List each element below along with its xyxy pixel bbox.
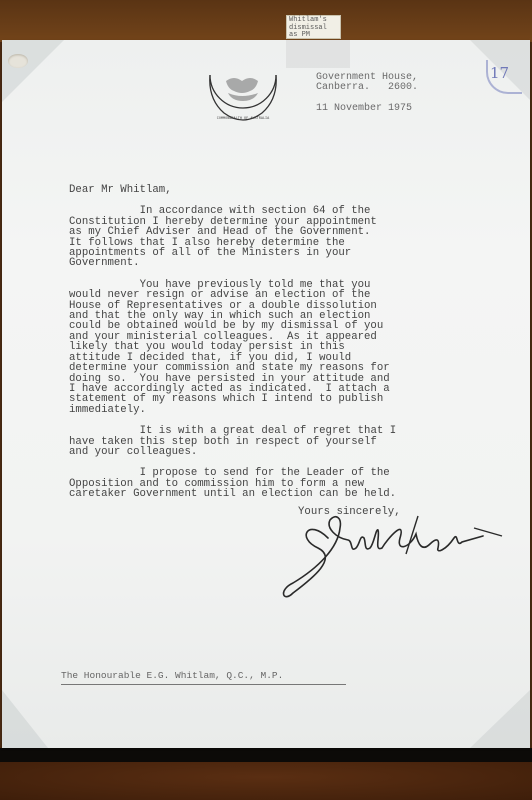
page-number: 17	[490, 64, 509, 82]
commonwealth-seal-icon: COMMONWEALTH OF AUSTRALIA	[204, 69, 282, 125]
photo-corner-bottom-right	[470, 690, 530, 748]
punch-hole	[8, 54, 28, 68]
signature	[278, 508, 513, 608]
paragraph-3: It is with a great deal of regret that I…	[69, 426, 449, 457]
archive-label: Whitlam's dismissal as PM	[286, 15, 341, 39]
svg-text:COMMONWEALTH OF AUSTRALIA: COMMONWEALTH OF AUSTRALIA	[217, 117, 270, 121]
paragraph-4: I propose to send for the Leader of the …	[69, 468, 449, 499]
wooden-background-top	[0, 0, 532, 42]
adhesive-tape	[286, 40, 350, 68]
paragraph-2: You have previously told me that you wou…	[69, 280, 449, 415]
recipient-underline	[61, 684, 346, 685]
photo-corner-bottom-left	[2, 690, 48, 748]
display-edge	[0, 748, 532, 762]
sender-address: Government House, Canberra. 2600.	[316, 73, 418, 93]
paragraph-1: In accordance with section 64 of the Con…	[69, 206, 449, 268]
photo-corner-top-left	[2, 40, 64, 102]
wooden-background-bottom	[0, 762, 532, 800]
letter-body: Dear Mr Whitlam, In accordance with sect…	[69, 185, 449, 511]
recipient-name: The Honourable E.G. Whitlam, Q.C., M.P.	[61, 670, 283, 681]
letter-date: 11 November 1975	[316, 103, 412, 114]
salutation: Dear Mr Whitlam,	[69, 185, 449, 195]
